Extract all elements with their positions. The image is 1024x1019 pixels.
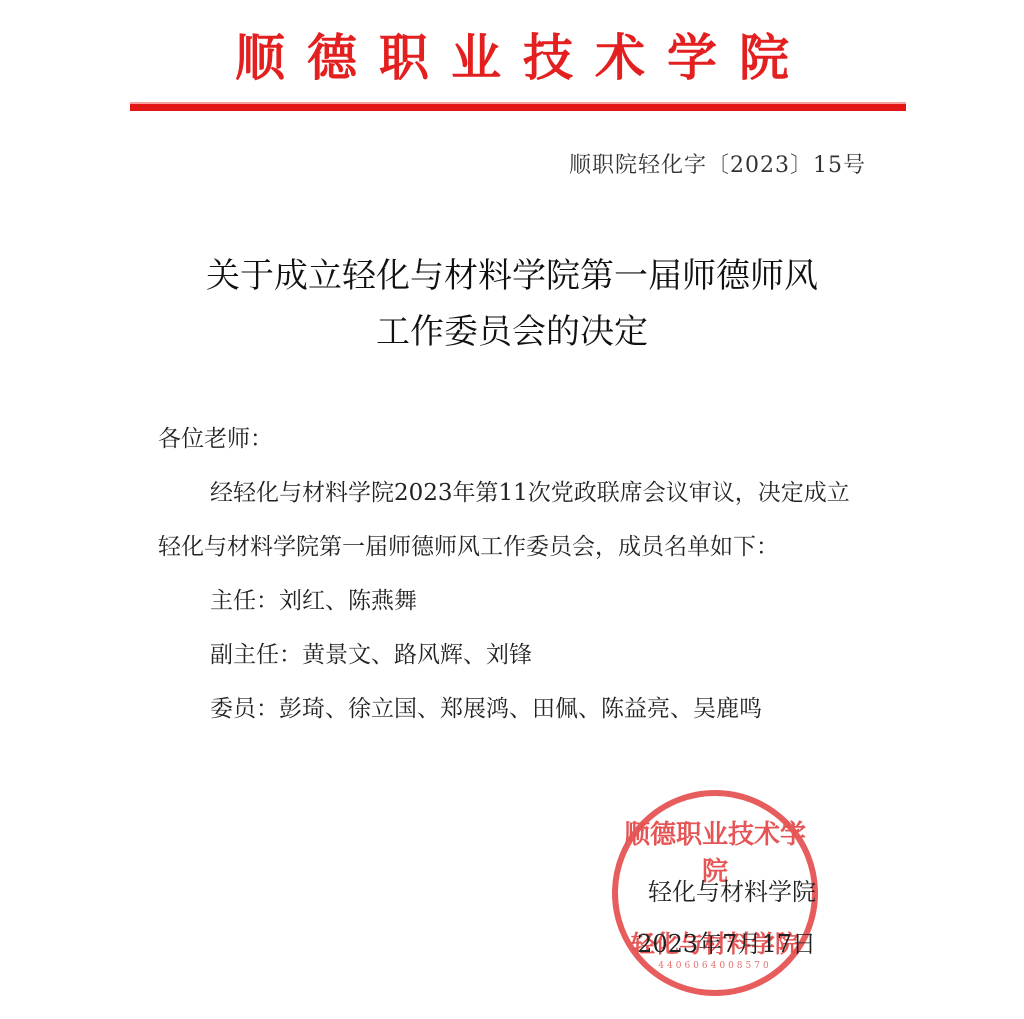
member-names: 黄景文、路风辉、刘锋 <box>302 642 532 668</box>
salutation: 各位老师： <box>158 412 870 466</box>
document-title: 关于成立轻化与材料学院第一届师德师风 工作委员会的决定 <box>0 248 1024 360</box>
main-paragraph: 经轻化与材料学院2023年第11次党政联席会议审议，决定成立轻化与材料学院第一届… <box>158 466 870 574</box>
member-row-deputy: 副主任：黄景文、路风辉、刘锋 <box>158 628 870 682</box>
member-names: 刘红、陈燕舞 <box>279 588 417 614</box>
title-line-2: 工作委员会的决定 <box>0 304 1024 360</box>
signing-date: 2023年7月17日 <box>637 918 816 970</box>
member-names: 彭琦、徐立国、郑展鸿、田佩、陈益亮、吴鹿鸣 <box>279 696 762 722</box>
signature-block: 轻化与材料学院 2023年7月17日 <box>637 866 816 970</box>
document-number: 顺职院轻化字〔2023〕15号 <box>569 148 866 179</box>
role-label: 委员： <box>210 696 279 722</box>
role-label: 主任： <box>210 588 279 614</box>
signing-unit: 轻化与材料学院 <box>637 866 816 918</box>
member-row-committee: 委员：彭琦、徐立国、郑展鸿、田佩、陈益亮、吴鹿鸣 <box>158 682 870 736</box>
title-line-1: 关于成立轻化与材料学院第一届师德师风 <box>0 248 1024 304</box>
institution-masthead: 顺德职业技术学院 <box>0 28 1024 88</box>
document-body: 各位老师： 经轻化与材料学院2023年第11次党政联席会议审议，决定成立轻化与材… <box>158 412 870 736</box>
red-header-divider <box>130 104 906 111</box>
member-row-director: 主任：刘红、陈燕舞 <box>158 574 870 628</box>
role-label: 副主任： <box>210 642 302 668</box>
